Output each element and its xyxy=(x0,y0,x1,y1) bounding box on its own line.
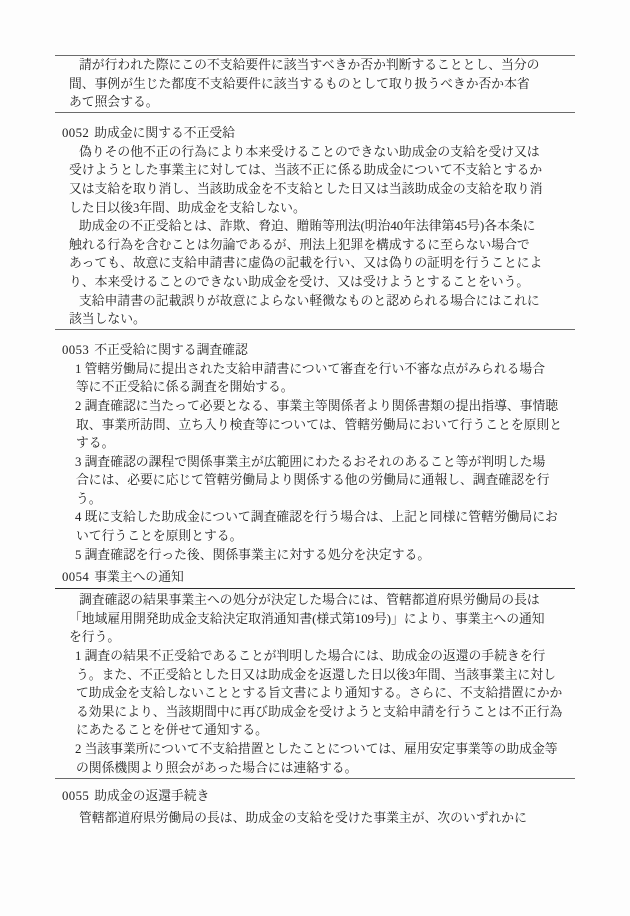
section-number: 0054 xyxy=(62,570,89,584)
section-title: 事業主への通知 xyxy=(94,570,184,584)
section-number: 0052 xyxy=(62,126,89,140)
paragraph: 管轄都道府県労働局の長は、助成金の支給を受けた事業主が、次のいずれかに xyxy=(55,809,575,828)
section-title: 助成金に関する不正受給 xyxy=(94,126,235,140)
section-0054: 0054事業主への通知 調査確認の結果事業主への処分が決定した場合には、管轄都道… xyxy=(55,568,575,777)
section-title: 不正受給に関する調査確認 xyxy=(94,343,248,357)
section-0052: 0052助成金に関する不正受給 偽りその他不正の行為により本来受けることのできな… xyxy=(55,124,575,329)
section-heading-0055: 0055助成金の返還手続き xyxy=(62,787,575,806)
section-title: 助成金の返還手続き xyxy=(94,789,209,803)
numbered-item: 3 調査確認の課程で関係事業主が広範囲にわたるおそれのあること等が判明した場 合… xyxy=(55,453,575,509)
section-heading-0053: 0053不正受給に関する調査確認 xyxy=(62,341,575,360)
paragraph: 助成金の不正受給とは、詐欺、脅迫、贈賄等刑法(明治40年法律第45号)各本条に … xyxy=(55,217,575,291)
carryover-paragraph: 請が行われた際にこの不支給要件に該当すべきか否か判断することとし、当分の 間、事… xyxy=(55,56,575,112)
section-0055: 0055助成金の返還手続き 管轄都道府県労働局の長は、助成金の支給を受けた事業主… xyxy=(55,787,575,828)
section-number: 0053 xyxy=(62,343,89,357)
document-page: 請が行われた際にこの不支給要件に該当すべきか否か判断することとし、当分の 間、事… xyxy=(0,0,630,916)
numbered-item: 5 調査確認を行った後、関係事業主に対する処分を決定する。 xyxy=(55,546,575,565)
paragraph: 偽りその他不正の行為により本来受けることのできない助成金の支給を受け又は 受けよ… xyxy=(55,143,575,217)
section-heading-0054: 0054事業主への通知 xyxy=(62,568,575,587)
numbered-item: 2 当該事業所について不支給措置としたことについては、雇用安定事業等の助成金等 … xyxy=(55,740,575,777)
section-number: 0055 xyxy=(62,789,89,803)
section-divider-0053 xyxy=(55,329,575,330)
section-divider-0055 xyxy=(55,778,575,779)
numbered-item: 4 既に支給した助成金について調査確認を行う場合は、上記と同様に管轄労働局にお … xyxy=(55,508,575,545)
paragraph: 調査確認の結果事業主への処分が決定した場合には、管轄都道府県労働局の長は 「地域… xyxy=(55,591,575,647)
section-heading-0052: 0052助成金に関する不正受給 xyxy=(62,124,575,143)
numbered-item: 2 調査確認に当たって必要となる、事業主等関係者より関係書類の提出指導、事情聴 … xyxy=(55,397,575,453)
numbered-item: 1 調査の結果不正受給であることが判明した場合には、助成金の返還の手続きを行 う… xyxy=(55,647,575,740)
numbered-item: 1 管轄労働局に提出された支給申請書について審査を行い不審な点がみられる場合 等… xyxy=(55,360,575,397)
heading-underline-divider xyxy=(55,588,575,589)
section-divider-0052 xyxy=(55,112,575,113)
paragraph: 支給申請書の記載誤りが故意によらない軽微なものと認められる場合にはこれに 該当し… xyxy=(55,292,575,329)
section-0053: 0053不正受給に関する調査確認 1 管轄労働局に提出された支給申請書について審… xyxy=(55,341,575,565)
